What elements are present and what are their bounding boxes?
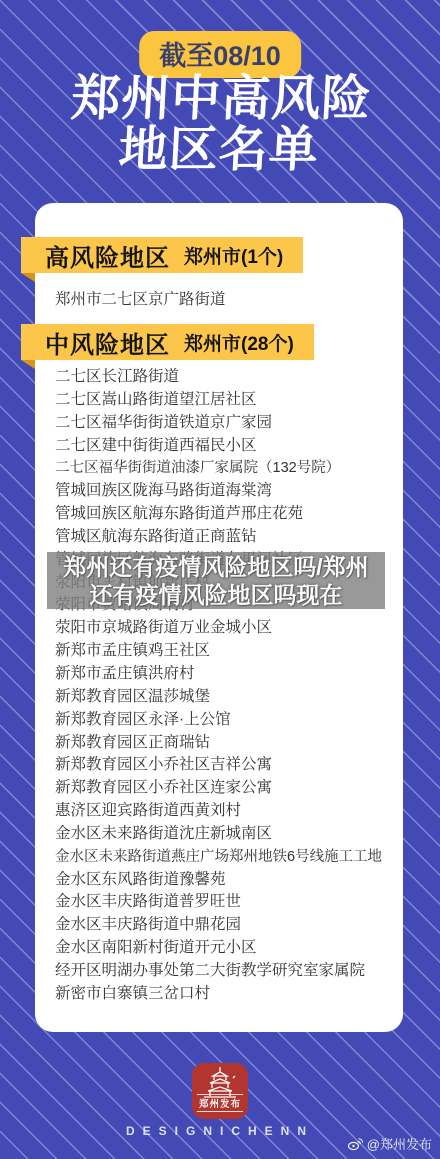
weibo-handle: @郑州发布: [367, 1134, 432, 1153]
list-item: 新郑教育园区正商瑞钻: [55, 732, 400, 755]
watermark-line1: 郑州还有疫情风险地区吗/郑州: [63, 553, 368, 581]
high-risk-ribbon: 高风险地区 郑州市(1个): [21, 237, 303, 273]
zhengzhou-fabu-logo: 郑州发布: [192, 1063, 248, 1119]
list-item: 惠济区迎宾路街道西黄刘村: [55, 800, 400, 823]
watermark-line2: 还有疫情风险地区吗现在: [90, 581, 343, 609]
list-item: 经开区明湖办事处第二大街教学研究室家属院: [55, 960, 400, 983]
list-item: 管城回族区陇海马路街道海棠湾: [55, 480, 400, 503]
watermark-overlay: 郑州还有疫情风险地区吗/郑州 还有疫情风险地区吗现在: [47, 552, 385, 609]
list-item: 二七区福华街街道铁道京广家园: [55, 412, 400, 435]
list-item: 新密市白寨镇三岔口村: [55, 983, 400, 1006]
weibo-watermark: @郑州发布: [347, 1134, 432, 1153]
ribbon-fold: [21, 360, 35, 369]
medium-risk-list: 二七区长江路街道二七区嵩山路街道望江居社区二七区福华街街道铁道京广家园二七区建中…: [55, 366, 400, 1006]
list-item: 金水区未来路街道燕庄广场郑州地铁6号线施工工地: [55, 846, 400, 869]
list-item: 新郑教育园区小乔社区连家公寓: [55, 777, 400, 800]
poster-background: 截至08/10 郑州中高风险 地区名单 高风险地区 郑州市(1个) 郑州市二七区…: [0, 0, 440, 1159]
list-item: 新郑教育园区小乔社区吉祥公寓: [55, 754, 400, 777]
logo-text: 郑州发布: [197, 1094, 243, 1112]
list-item: 管城区航海东路街道正商蓝钻: [55, 526, 400, 549]
high-risk-list: 郑州市二七区京广路街道: [55, 287, 395, 312]
poster-title: 郑州中高风险 地区名单: [0, 74, 440, 176]
list-item: 二七区福华街街道油漆厂家属院（132号院）: [55, 457, 400, 480]
medium-risk-count: 郑州市(28个): [184, 329, 294, 356]
list-item: 金水区东风路街道豫馨苑: [55, 869, 400, 892]
list-item: 荥阳市京城路街道万业金城小区: [55, 617, 400, 640]
high-risk-count: 郑州市(1个): [184, 242, 283, 269]
weibo-icon: [347, 1137, 363, 1151]
ribbon-fold: [21, 273, 35, 282]
high-risk-label: 高风险地区: [45, 238, 170, 273]
list-item: 新郑市孟庄镇洪府村: [55, 663, 400, 686]
list-item: 郑州市二七区京广路街道: [55, 287, 395, 312]
list-item: 新郑市孟庄镇鸡王社区: [55, 640, 400, 663]
medium-risk-ribbon: 中风险地区 郑州市(28个): [21, 324, 314, 360]
list-item: 金水区丰庆路街道普罗旺世: [55, 891, 400, 914]
list-item: 新郑教育园区永泽·上公馆: [55, 709, 400, 732]
list-item: 新郑教育园区温莎城堡: [55, 686, 400, 709]
list-item: 二七区长江路街道: [55, 366, 400, 389]
date-badge: 截至08/10: [139, 31, 301, 78]
list-item: 金水区南阳新村街道开元小区: [55, 937, 400, 960]
list-item: 金水区未来路街道沈庄新城南区: [55, 823, 400, 846]
medium-risk-label: 中风险地区: [45, 325, 170, 360]
list-item: 管城回族区航海东路街道芦邢庄花苑: [55, 503, 400, 526]
list-item: 二七区建中街街道西福民小区: [55, 435, 400, 458]
poster-title-line1: 郑州中高风险: [0, 74, 440, 125]
list-item: 二七区嵩山路街道望江居社区: [55, 389, 400, 412]
list-item: 金水区丰庆路街道中鼎花园: [55, 914, 400, 937]
poster-title-line2: 地区名单: [0, 125, 440, 176]
